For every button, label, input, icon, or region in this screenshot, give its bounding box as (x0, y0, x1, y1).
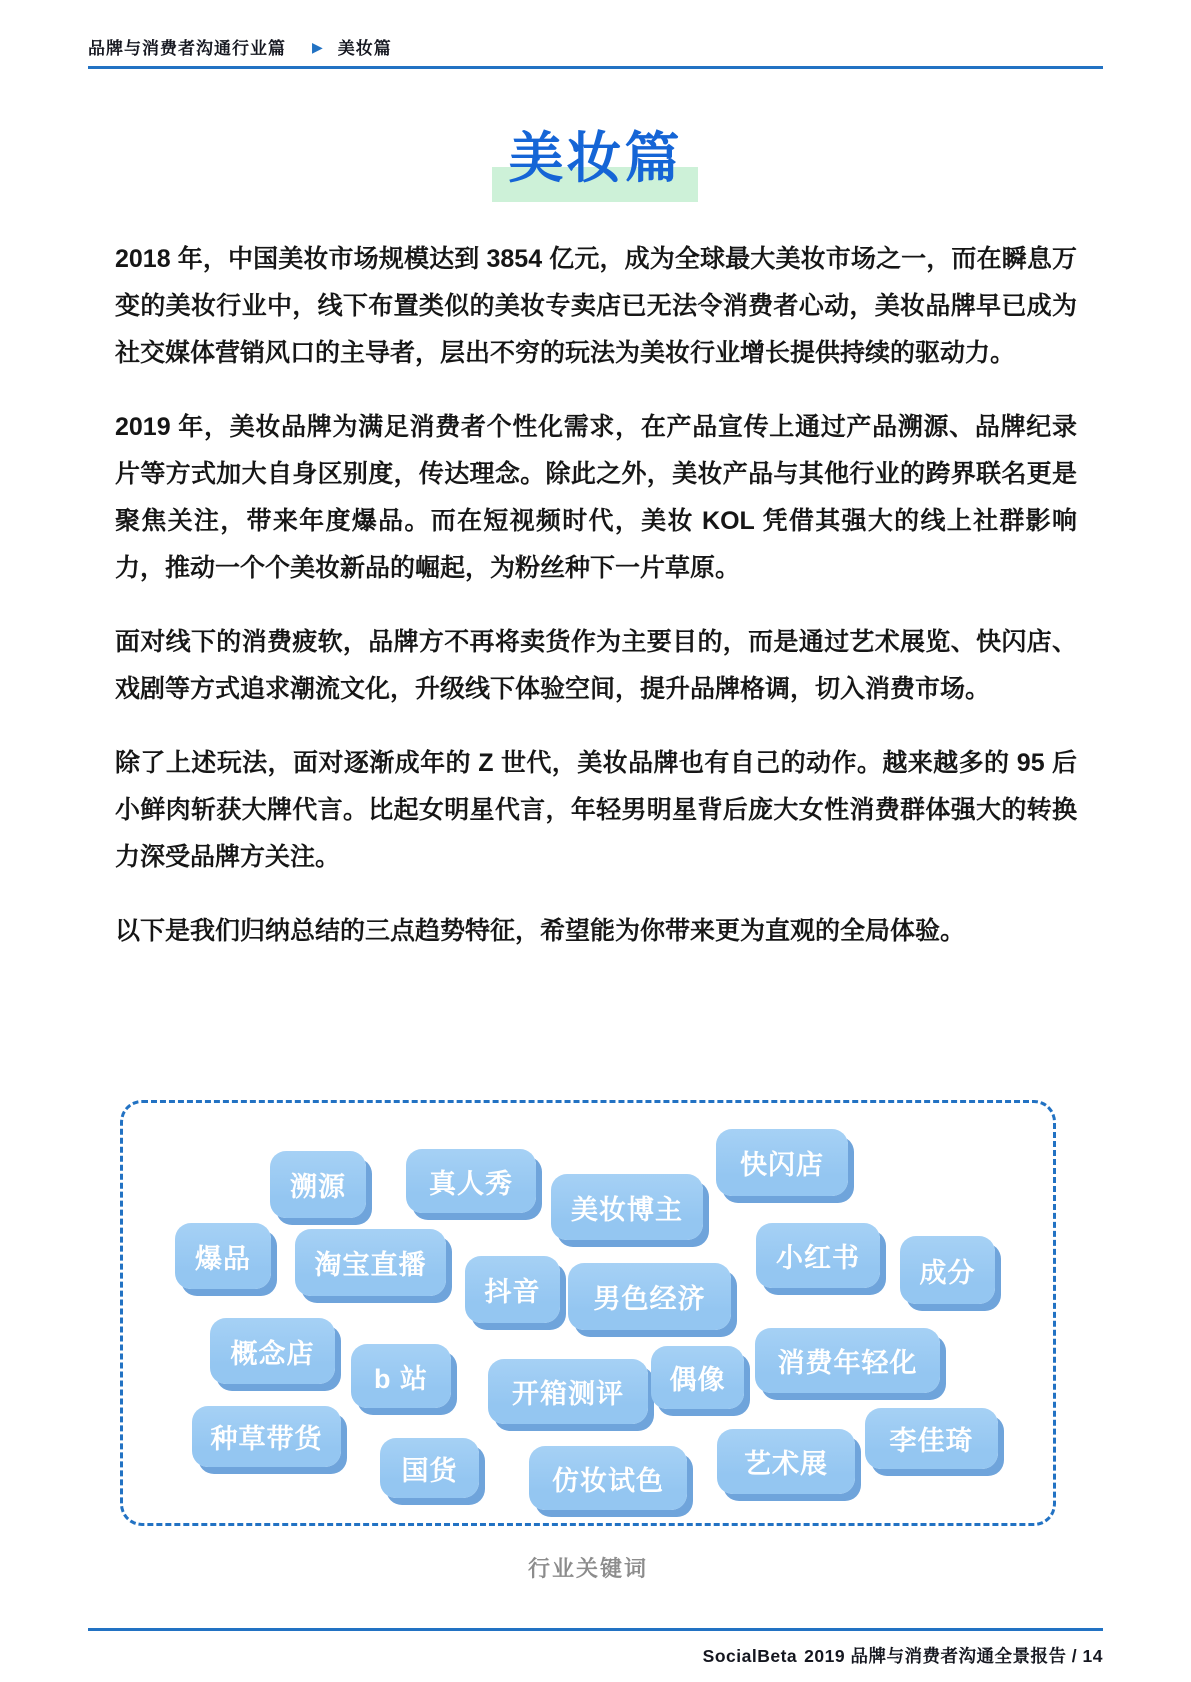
keyword-tag: 艺术展 (717, 1429, 855, 1494)
keyword-tag: 种草带货 (192, 1406, 341, 1467)
keyword-tag: 抖音 (465, 1256, 560, 1323)
paragraph: 2018 年，中国美妆市场规模达到 3854 亿元，成为全球最大美妆市场之一，而… (115, 236, 1077, 377)
keyword-tag: 消费年轻化 (755, 1328, 940, 1393)
paragraph: 面对线下的消费疲软，品牌方不再将卖货作为主要目的，而是通过艺术展览、快闪店、戏剧… (115, 619, 1077, 713)
title-block: 美妆篇 (0, 114, 1191, 193)
keyword-tag: 国货 (380, 1438, 479, 1498)
report-page: 品牌与消费者沟通行业篇 ▶ 美妆篇 美妆篇 2018 年，中国美妆市场规模达到 … (0, 0, 1191, 1682)
breadcrumb: 品牌与消费者沟通行业篇 ▶ 美妆篇 (88, 34, 1103, 59)
keyword-tag: 概念店 (210, 1318, 335, 1384)
paragraph: 2019 年，美妆品牌为满足消费者个性化需求，在产品宣传上通过产品溯源、品牌纪录… (115, 404, 1077, 592)
keyword-tag: 偶像 (651, 1346, 744, 1409)
breadcrumb-section: 品牌与消费者沟通行业篇 (88, 34, 286, 59)
footer: SocialBeta2019 品牌与消费者沟通全景报告 / 14 (703, 1643, 1103, 1668)
keyword-tag: 美妆博主 (551, 1174, 703, 1240)
keyword-tag: 淘宝直播 (295, 1229, 446, 1296)
keyword-tag: 小红书 (756, 1223, 880, 1288)
keyword-tag: 快闪店 (716, 1129, 848, 1196)
footer-brand: SocialBeta (703, 1646, 797, 1666)
breadcrumb-arrow-icon: ▶ (312, 40, 324, 54)
keyword-tag: 溯源 (270, 1151, 366, 1218)
header-divider (88, 66, 1103, 69)
breadcrumb-current: 美妆篇 (338, 34, 392, 59)
keyword-tag: 爆品 (175, 1223, 271, 1289)
keyword-tag: 成分 (900, 1236, 995, 1304)
footer-divider (88, 1628, 1103, 1631)
keyword-tag: 真人秀 (406, 1149, 536, 1213)
keyword-tag: 男色经济 (568, 1263, 731, 1330)
keyword-tag: 李佳琦 (865, 1408, 998, 1469)
paragraph: 除了上述玩法，面对逐渐成年的 Z 世代，美妆品牌也有自己的动作。越来越多的 95… (115, 740, 1077, 881)
footer-report-title: 2019 品牌与消费者沟通全景报告 / 14 (804, 1646, 1103, 1666)
keyword-tag: b 站 (351, 1344, 451, 1408)
body-paragraphs: 2018 年，中国美妆市场规模达到 3854 亿元，成为全球最大美妆市场之一，而… (115, 236, 1077, 982)
keyword-tag: 仿妆试色 (529, 1446, 687, 1510)
keyword-box-caption: 行业关键词 (120, 1552, 1056, 1583)
keyword-tag: 开箱测评 (488, 1359, 648, 1424)
keyword-box: 溯源真人秀美妆博主快闪店爆品淘宝直播抖音男色经济小红书成分概念店b 站开箱测评偶… (120, 1100, 1056, 1526)
page-title: 美妆篇 (508, 127, 682, 189)
paragraph: 以下是我们归纳总结的三点趋势特征，希望能为你带来更为直观的全局体验。 (115, 908, 1077, 955)
